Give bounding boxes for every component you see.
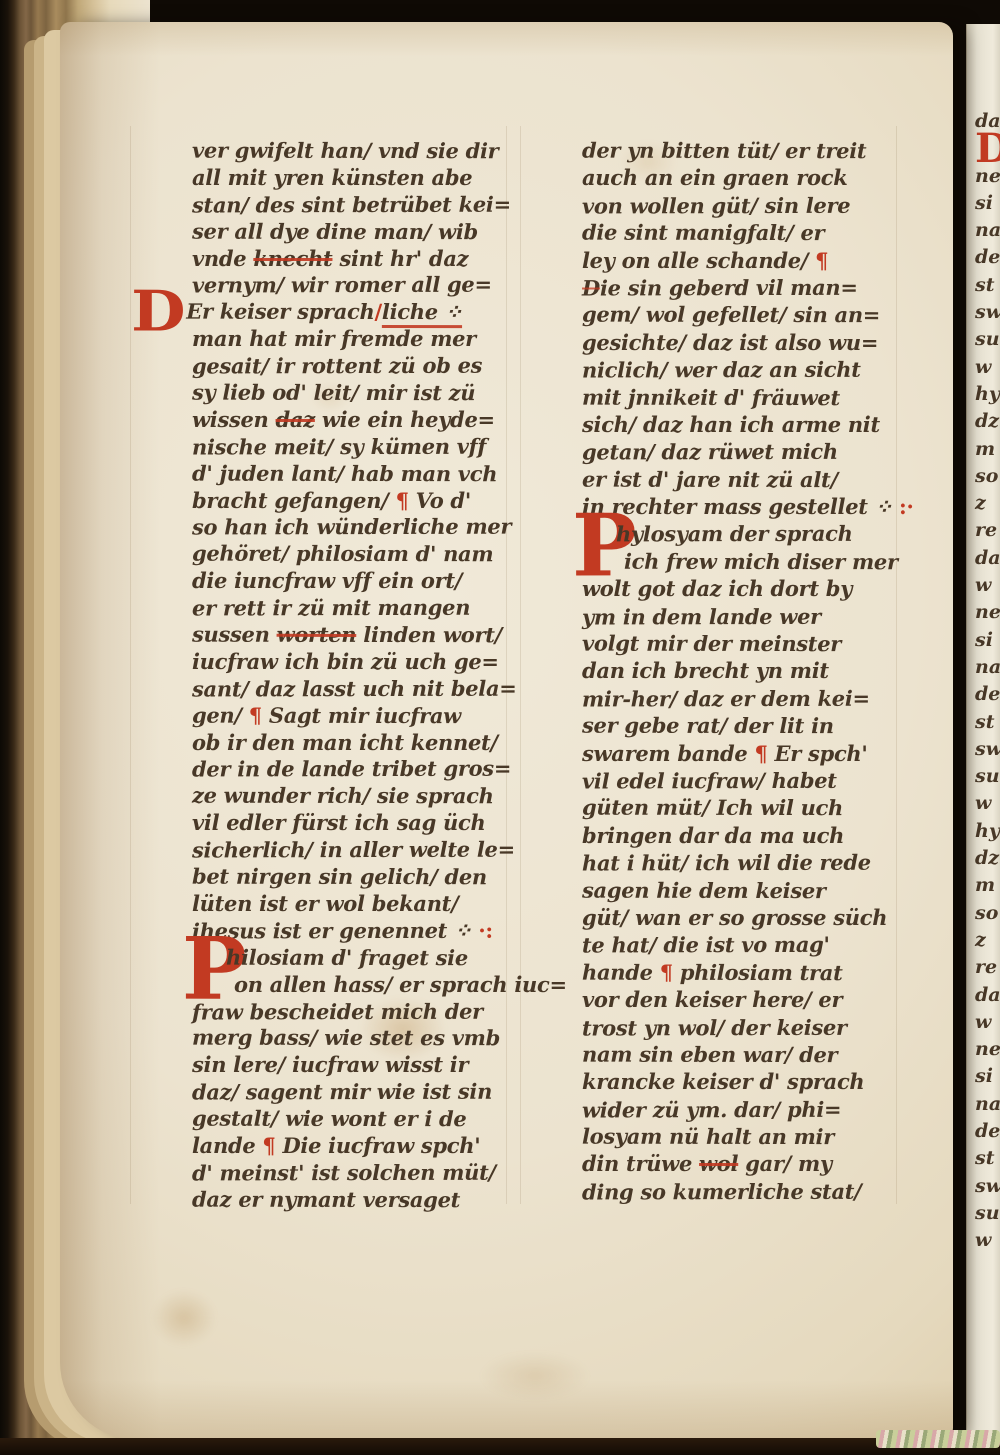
next-page-text-fragment: da <box>975 984 1000 1011</box>
stain-mark <box>480 1352 590 1400</box>
manuscript-line: sagen hie dem keiser <box>582 877 953 905</box>
text-segment: te hat/ die ist vo mag' <box>582 932 830 958</box>
text-segment: nam sin eben war/ der <box>582 1041 837 1067</box>
text-segment: sagen hie dem keiser <box>582 877 826 903</box>
next-page-text-fragment: sw <box>975 738 1000 765</box>
next-page-text-fragment: w <box>975 792 1000 819</box>
next-page-text-fragment: sw <box>975 1175 1000 1202</box>
text-segment: ym in dem lande wer <box>582 604 821 630</box>
next-page-text-fragment: st <box>975 711 1000 738</box>
manuscript-line: nam sin eben war/ der <box>582 1041 953 1069</box>
text-segment: Sagt mir iucfraw <box>262 702 461 727</box>
manuscript-line: bringen dar da ma uch <box>582 823 953 850</box>
text-segment: wissen <box>192 407 276 432</box>
manuscript-line: te hat/ die ist vo mag' <box>582 932 953 960</box>
next-page-text-fragment: m <box>975 874 1000 901</box>
text-segment: dan ich brecht yn mit <box>582 658 829 683</box>
text-segment: gar/ my <box>738 1151 832 1176</box>
manuscript-line: vernym/ wir romer all ge= <box>192 272 570 300</box>
text-segment: hat i hüt/ ich wil die rede <box>582 850 871 876</box>
next-page-text-fragment: st <box>975 1147 1000 1174</box>
next-page-edge-text: daDnesinadestswsuwhydzmsozredawnesinades… <box>975 110 1000 1256</box>
rubric-pilcrow: ¶ <box>754 741 767 766</box>
manuscript-line: daz er nymant versaget <box>192 1186 570 1214</box>
struck-word: knecht <box>253 246 332 271</box>
manuscript-line: mit jnnikeit d' fräuwet <box>582 384 953 412</box>
next-page-text-fragment: hy <box>975 383 1000 410</box>
manuscript-line: krancke keiser d' sprach <box>582 1069 953 1096</box>
struck-word: daz <box>276 407 315 432</box>
text-segment: gestalt/ wie wont er i de <box>192 1106 467 1132</box>
manuscript-line: güt/ wan er so grosse süch <box>582 905 953 932</box>
text-segment: wie ein heyde= <box>315 407 495 432</box>
next-page-text-fragment: de <box>975 246 1000 273</box>
next-page-text-fragment: su <box>975 765 1000 792</box>
text-segment: din trüwe <box>582 1151 699 1176</box>
next-page-text-fragment: si <box>975 192 1000 219</box>
next-page-text-fragment: w <box>975 1011 1000 1038</box>
text-segment: Vo d' <box>409 488 471 513</box>
manuscript-line: iucfraw ich bin zü uch ge= <box>192 649 570 676</box>
text-segment: nische meit/ sy kümen vff <box>192 434 486 460</box>
next-page-text-fragment: so <box>975 902 1000 929</box>
manuscript-line: wider zü ym. dar/ phi= <box>582 1096 953 1124</box>
next-page-text-fragment: dz <box>975 410 1000 437</box>
text-segment: ser gebe rat/ der lit in <box>582 713 834 739</box>
manuscript-line: sy lieb od' leit/ mir ist zü <box>192 380 570 408</box>
text-segment: sich/ daz han ich arme nit <box>582 412 880 437</box>
manuscript-line: Die sin geberd vil man= <box>582 274 953 302</box>
text-segment: er rett ir zü mit mangen <box>192 595 470 621</box>
manuscript-line: gestalt/ wie wont er i de <box>192 1106 570 1134</box>
rubric-mark: :· <box>892 494 913 519</box>
manuscript-line: hat i hüt/ ich wil die rede <box>582 850 953 878</box>
manuscript-line: so han ich wünderliche mer <box>192 514 570 542</box>
text-segment: ich frew mich diser mer <box>624 549 898 575</box>
manuscript-line: der yn bitten tüt/ er treit <box>582 138 953 166</box>
manuscript-line: sicherlich/ in aller welte le= <box>192 837 570 865</box>
next-page-text-fragment: re <box>975 956 1000 983</box>
manuscript-line: gesait/ ir rottent zü ob es <box>192 353 570 381</box>
next-page-text-fragment: na <box>975 219 1000 246</box>
manuscript-line: die iuncfraw vff ein ort/ <box>192 568 570 595</box>
manuscript-line: sin lere/ iucfraw wisst ir <box>192 1052 570 1079</box>
manuscript-line: vor den keiser here/ er <box>582 987 953 1014</box>
text-segment: d' juden lant/ hab man vch <box>192 460 497 486</box>
text-segment: ie sin geberd vil man= <box>600 275 858 301</box>
text-segment: vil edler fürst ich sag üch <box>192 810 485 835</box>
text-segment: lüten ist er wol bekant/ <box>192 891 458 916</box>
text-segment: vor den keiser here/ er <box>582 987 842 1012</box>
manuscript-line: vnde knecht sint hr' daz <box>192 246 570 273</box>
manuscript-line: bracht gefangen/ ¶ Vo d' <box>192 488 570 515</box>
text-segment: gesichte/ daz ist also wu= <box>582 330 878 355</box>
next-page-text-fragment: st <box>975 274 1000 301</box>
text-segment: hande <box>582 959 660 984</box>
text-segment: Er keiser sprach <box>186 299 374 324</box>
manuscript-line: in rechter mass gestellet ⁘ :· <box>582 494 953 521</box>
rubric-pilcrow: ¶ <box>815 248 828 273</box>
text-segment: man hat mir fremde mer <box>192 326 476 351</box>
text-column-left: ver gwifelt han/ vnd sie dirall mit yren… <box>192 138 570 1214</box>
manuscript-line: daz/ sagent mir wie ist sin <box>192 1079 570 1107</box>
text-segment: stan/ des sint betrübet kei= <box>192 191 511 217</box>
next-page-text-fragment: de <box>975 1120 1000 1147</box>
manuscript-line: ob ir den man icht kennet/ <box>192 730 570 757</box>
manuscript-line: losyam nü halt an mir <box>582 1124 953 1152</box>
text-segment: d' meinst' ist solchen müt/ <box>192 1160 496 1186</box>
next-page-text-fragment: si <box>975 629 1000 656</box>
text-segment: on allen hass/ er sprach iuc= <box>234 972 567 997</box>
rubric-pilcrow: ¶ <box>262 1133 275 1158</box>
text-segment: merg bass/ wie stet es vmb <box>192 1025 500 1051</box>
manuscript-line: all mit yren künsten abe <box>192 165 570 192</box>
text-segment: bracht gefangen/ <box>192 488 396 513</box>
manuscript-line: ser gebe rat/ der lit in <box>582 713 953 741</box>
text-segment: all mit yren künsten abe <box>192 165 472 190</box>
manuscript-line: gen/ ¶ Sagt mir iucfraw <box>192 702 570 730</box>
text-segment: gen/ <box>192 702 249 727</box>
manuscript-line: die sint manigfalt/ er <box>582 220 953 248</box>
rubric-pilcrow: ¶ <box>249 702 262 727</box>
text-segment: er ist d' jare nit zü alt/ <box>582 466 838 492</box>
manuscript-line: DEr keiser sprach/liche ⁘ <box>192 299 570 327</box>
next-page-text-fragment: su <box>975 1202 1000 1229</box>
next-page-text-fragment: ne <box>975 165 1000 192</box>
text-segment: vnde <box>192 246 253 271</box>
text-segment: die iuncfraw vff ein ort/ <box>192 568 462 593</box>
manuscript-line: Phylosyam der sprach <box>582 521 953 549</box>
manuscript-line: on allen hass/ er sprach iuc= <box>192 972 570 999</box>
text-segment: Die iucfraw spch' <box>275 1133 480 1158</box>
manuscript-line: sant/ daz lasst uch nit bela= <box>192 675 570 703</box>
manuscript-line: sussen worten linden wort/ <box>192 622 570 650</box>
next-page-text-fragment: m <box>975 438 1000 465</box>
next-page-text-fragment: z <box>975 492 1000 519</box>
text-segment: bet nirgen sin gelich/ den <box>192 864 487 890</box>
manuscript-line: gem/ wol gefellet/ sin an= <box>582 302 953 330</box>
manuscript-line: mir-her/ daz er dem kei= <box>582 685 953 713</box>
manuscript-line: man hat mir fremde mer <box>192 326 570 353</box>
manuscript-line: vil edler fürst ich sag üch <box>192 810 570 837</box>
next-page-text-fragment: de <box>975 683 1000 710</box>
manuscript-line: getan/ daz rüwet mich <box>582 439 953 467</box>
text-segment: niclich/ wer daz an sicht <box>582 357 861 383</box>
text-segment: gem/ wol gefellet/ sin an= <box>582 302 880 328</box>
manuscript-line: fraw bescheidet mich der <box>192 998 570 1026</box>
manuscript-line: d' juden lant/ hab man vch <box>192 460 570 488</box>
manuscript-line: ser all dye dine man/ wib <box>192 218 570 246</box>
manuscript-line: ze wunder rich/ sie sprach <box>192 783 570 811</box>
struck-word: wol <box>699 1151 738 1176</box>
next-page-text-fragment: re <box>975 519 1000 546</box>
rubric-pilcrow: ¶ <box>660 959 673 984</box>
next-page-text-fragment: so <box>975 465 1000 492</box>
manuscript-line: din trüwe wol gar/ my <box>582 1151 953 1178</box>
manuscript-line: wolt got daz ich dort by <box>582 576 953 603</box>
text-segment: sant/ daz lasst uch nit bela= <box>192 675 517 701</box>
text-segment: vernym/ wir romer all ge= <box>192 272 492 298</box>
rubric-initial: D <box>131 302 185 322</box>
manuscript-line: ver gwifelt han/ vnd sie dir <box>192 138 570 166</box>
text-segment: swarem bande <box>582 741 754 766</box>
book-board-edge <box>0 1438 1000 1455</box>
next-page-text-fragment: na <box>975 656 1000 683</box>
manuscript-line: auch an ein graen rock <box>582 165 953 192</box>
manuscript-line: er ist d' jare nit zü alt/ <box>582 466 953 494</box>
manuscript-line: hande ¶ philosiam trat <box>582 959 953 987</box>
manuscript-photo: ver gwifelt han/ vnd sie dirall mit yren… <box>0 0 1000 1455</box>
next-page-text-fragment: da <box>975 547 1000 574</box>
rubric-mark: / <box>375 299 382 324</box>
text-segment: daz er nymant versaget <box>192 1186 460 1212</box>
next-page-text-fragment: dz <box>975 847 1000 874</box>
text-segment: ob ir den man icht kennet/ <box>192 730 498 755</box>
next-page-text-fragment: sw <box>975 301 1000 328</box>
text-segment: gesait/ ir rottent zü ob es <box>192 353 482 379</box>
text-segment: güt/ wan er so grosse süch <box>582 905 887 930</box>
manuscript-line: volgt mir der meinster <box>582 631 953 659</box>
text-segment: liche ⁘ <box>382 299 462 324</box>
next-page-text-fragment: ne <box>975 601 1000 628</box>
text-segment: von wollen güt/ sin lere <box>582 193 850 219</box>
text-segment: ley on alle schande/ <box>582 248 815 273</box>
text-segment: ze wunder rich/ sie sprach <box>192 783 494 809</box>
next-page-text-fragment: w <box>975 574 1000 601</box>
text-column-right: der yn bitten tüt/ er treitauch an ein g… <box>582 138 953 1206</box>
manuscript-line: ding so kumerliche stat/ <box>582 1178 953 1206</box>
text-segment: mit jnnikeit d' fräuwet <box>582 384 840 410</box>
rubric-initial: P <box>182 960 226 978</box>
text-segment: wider zü ym. dar/ phi= <box>582 1096 841 1122</box>
text-segment: linden wort/ <box>356 622 502 647</box>
manuscript-line: nische meit/ sy kümen vff <box>192 433 570 461</box>
manuscript-line: dan ich brecht yn mit <box>582 658 953 685</box>
struck-word: worten <box>277 622 357 647</box>
next-page-text-fragment: na <box>975 1093 1000 1120</box>
next-page-text-fragment: hy <box>975 820 1000 847</box>
text-segment: losyam nü halt an mir <box>582 1124 834 1150</box>
next-page-text-fragment: z <box>975 929 1000 956</box>
text-segment: der in de lande tribet gros= <box>192 756 511 782</box>
manuscript-line: er rett ir zü mit mangen <box>192 595 570 623</box>
next-page-text-fragment: si <box>975 1065 1000 1092</box>
text-segment: philosiam trat <box>673 960 843 985</box>
manuscript-line: trost yn wol/ der keiser <box>582 1014 953 1042</box>
manuscript-line: ym in dem lande wer <box>582 603 953 631</box>
red-touched-letter: D <box>582 275 600 300</box>
text-segment: trost yn wol/ der keiser <box>582 1014 847 1040</box>
manuscript-line: ihesus ist er genennet ⁘ ·: <box>192 917 570 945</box>
text-segment: sin lere/ iucfraw wisst ir <box>192 1052 468 1077</box>
text-segment: so han ich wünderliche mer <box>192 514 511 540</box>
text-segment: krancke keiser d' sprach <box>582 1069 864 1094</box>
next-page-text-fragment: su <box>975 328 1000 355</box>
text-segment: gehöret/ philosiam d' nam <box>192 541 493 567</box>
text-segment: sint hr' daz <box>332 246 468 271</box>
text-segment: iucfraw ich bin zü uch ge= <box>192 649 499 674</box>
manuscript-line: wissen daz wie ein heyde= <box>192 407 570 434</box>
text-segment: güten müt/ Ich wil uch <box>582 795 843 821</box>
rubric-pilcrow: ¶ <box>396 488 409 513</box>
text-segment: sussen <box>192 622 277 647</box>
text-segment: Er spch' <box>768 741 868 766</box>
text-segment: lande <box>192 1133 262 1158</box>
manuscript-line: bet nirgen sin gelich/ den <box>192 864 570 892</box>
manuscript-line: vil edel iucfraw/ habet <box>582 767 953 795</box>
manuscript-line: ich frew mich diser mer <box>582 548 953 576</box>
text-segment: bringen dar da ma uch <box>582 823 844 848</box>
manuscript-line: güten müt/ Ich wil uch <box>582 795 953 823</box>
text-segment: vil edel iucfraw/ habet <box>582 768 837 794</box>
next-page-text-fragment: w <box>975 356 1000 383</box>
text-segment: fraw bescheidet mich der <box>192 998 483 1024</box>
manuscript-line: gesichte/ daz ist also wu= <box>582 330 953 357</box>
manuscript-line: niclich/ wer daz an sicht <box>582 357 953 385</box>
text-segment: mir-her/ daz er dem kei= <box>582 686 870 712</box>
text-segment: die sint manigfalt/ er <box>582 220 824 246</box>
next-page-edge: daDnesinadestswsuwhydzmsozredawnesinades… <box>966 24 1000 1438</box>
text-segment: hilosiam d' fraget sie <box>226 944 468 970</box>
rubric-mark: ·: <box>471 918 493 943</box>
endband-threads <box>876 1430 1000 1448</box>
manuscript-line: swarem bande ¶ Er spch' <box>582 741 953 768</box>
text-segment: sicherlich/ in aller welte le= <box>192 837 515 863</box>
manuscript-line: Philosiam d' fraget sie <box>192 944 570 972</box>
manuscript-page: ver gwifelt han/ vnd sie dirall mit yren… <box>60 22 953 1440</box>
manuscript-line: merg bass/ wie stet es vmb <box>192 1025 570 1053</box>
next-page-text-fragment: w <box>975 1229 1000 1256</box>
next-page-text-fragment: ne <box>975 1038 1000 1065</box>
text-segment: ver gwifelt han/ vnd sie dir <box>192 138 499 164</box>
text-segment: der yn bitten tüt/ er treit <box>582 138 866 164</box>
manuscript-line: der in de lande tribet gros= <box>192 756 570 784</box>
manuscript-line: ley on alle schande/ ¶ <box>582 248 953 275</box>
text-segment: getan/ daz rüwet mich <box>582 439 838 465</box>
manuscript-line: d' meinst' ist solchen müt/ <box>192 1159 570 1187</box>
manuscript-line: gehöret/ philosiam d' nam <box>192 541 570 569</box>
text-segment: auch an ein graen rock <box>582 165 847 190</box>
manuscript-line: sich/ daz han ich arme nit <box>582 412 953 439</box>
text-segment: ding so kumerliche stat/ <box>582 1179 862 1205</box>
next-page-text-fragment: D <box>975 137 1000 164</box>
text-segment: ser all dye dine man/ wib <box>192 218 478 244</box>
text-segment: volgt mir der meinster <box>582 631 841 657</box>
manuscript-line: lüten ist er wol bekant/ <box>192 891 570 918</box>
text-segment: hylosyam der sprach <box>616 521 853 547</box>
manuscript-line: von wollen güt/ sin lere <box>582 192 953 220</box>
manuscript-line: lande ¶ Die iucfraw spch' <box>192 1133 570 1160</box>
text-segment: sy lieb od' leit/ mir ist zü <box>192 380 475 406</box>
stain-mark <box>152 1290 216 1346</box>
manuscript-line: stan/ des sint betrübet kei= <box>192 191 570 219</box>
text-segment: daz/ sagent mir wie ist sin <box>192 1079 492 1105</box>
